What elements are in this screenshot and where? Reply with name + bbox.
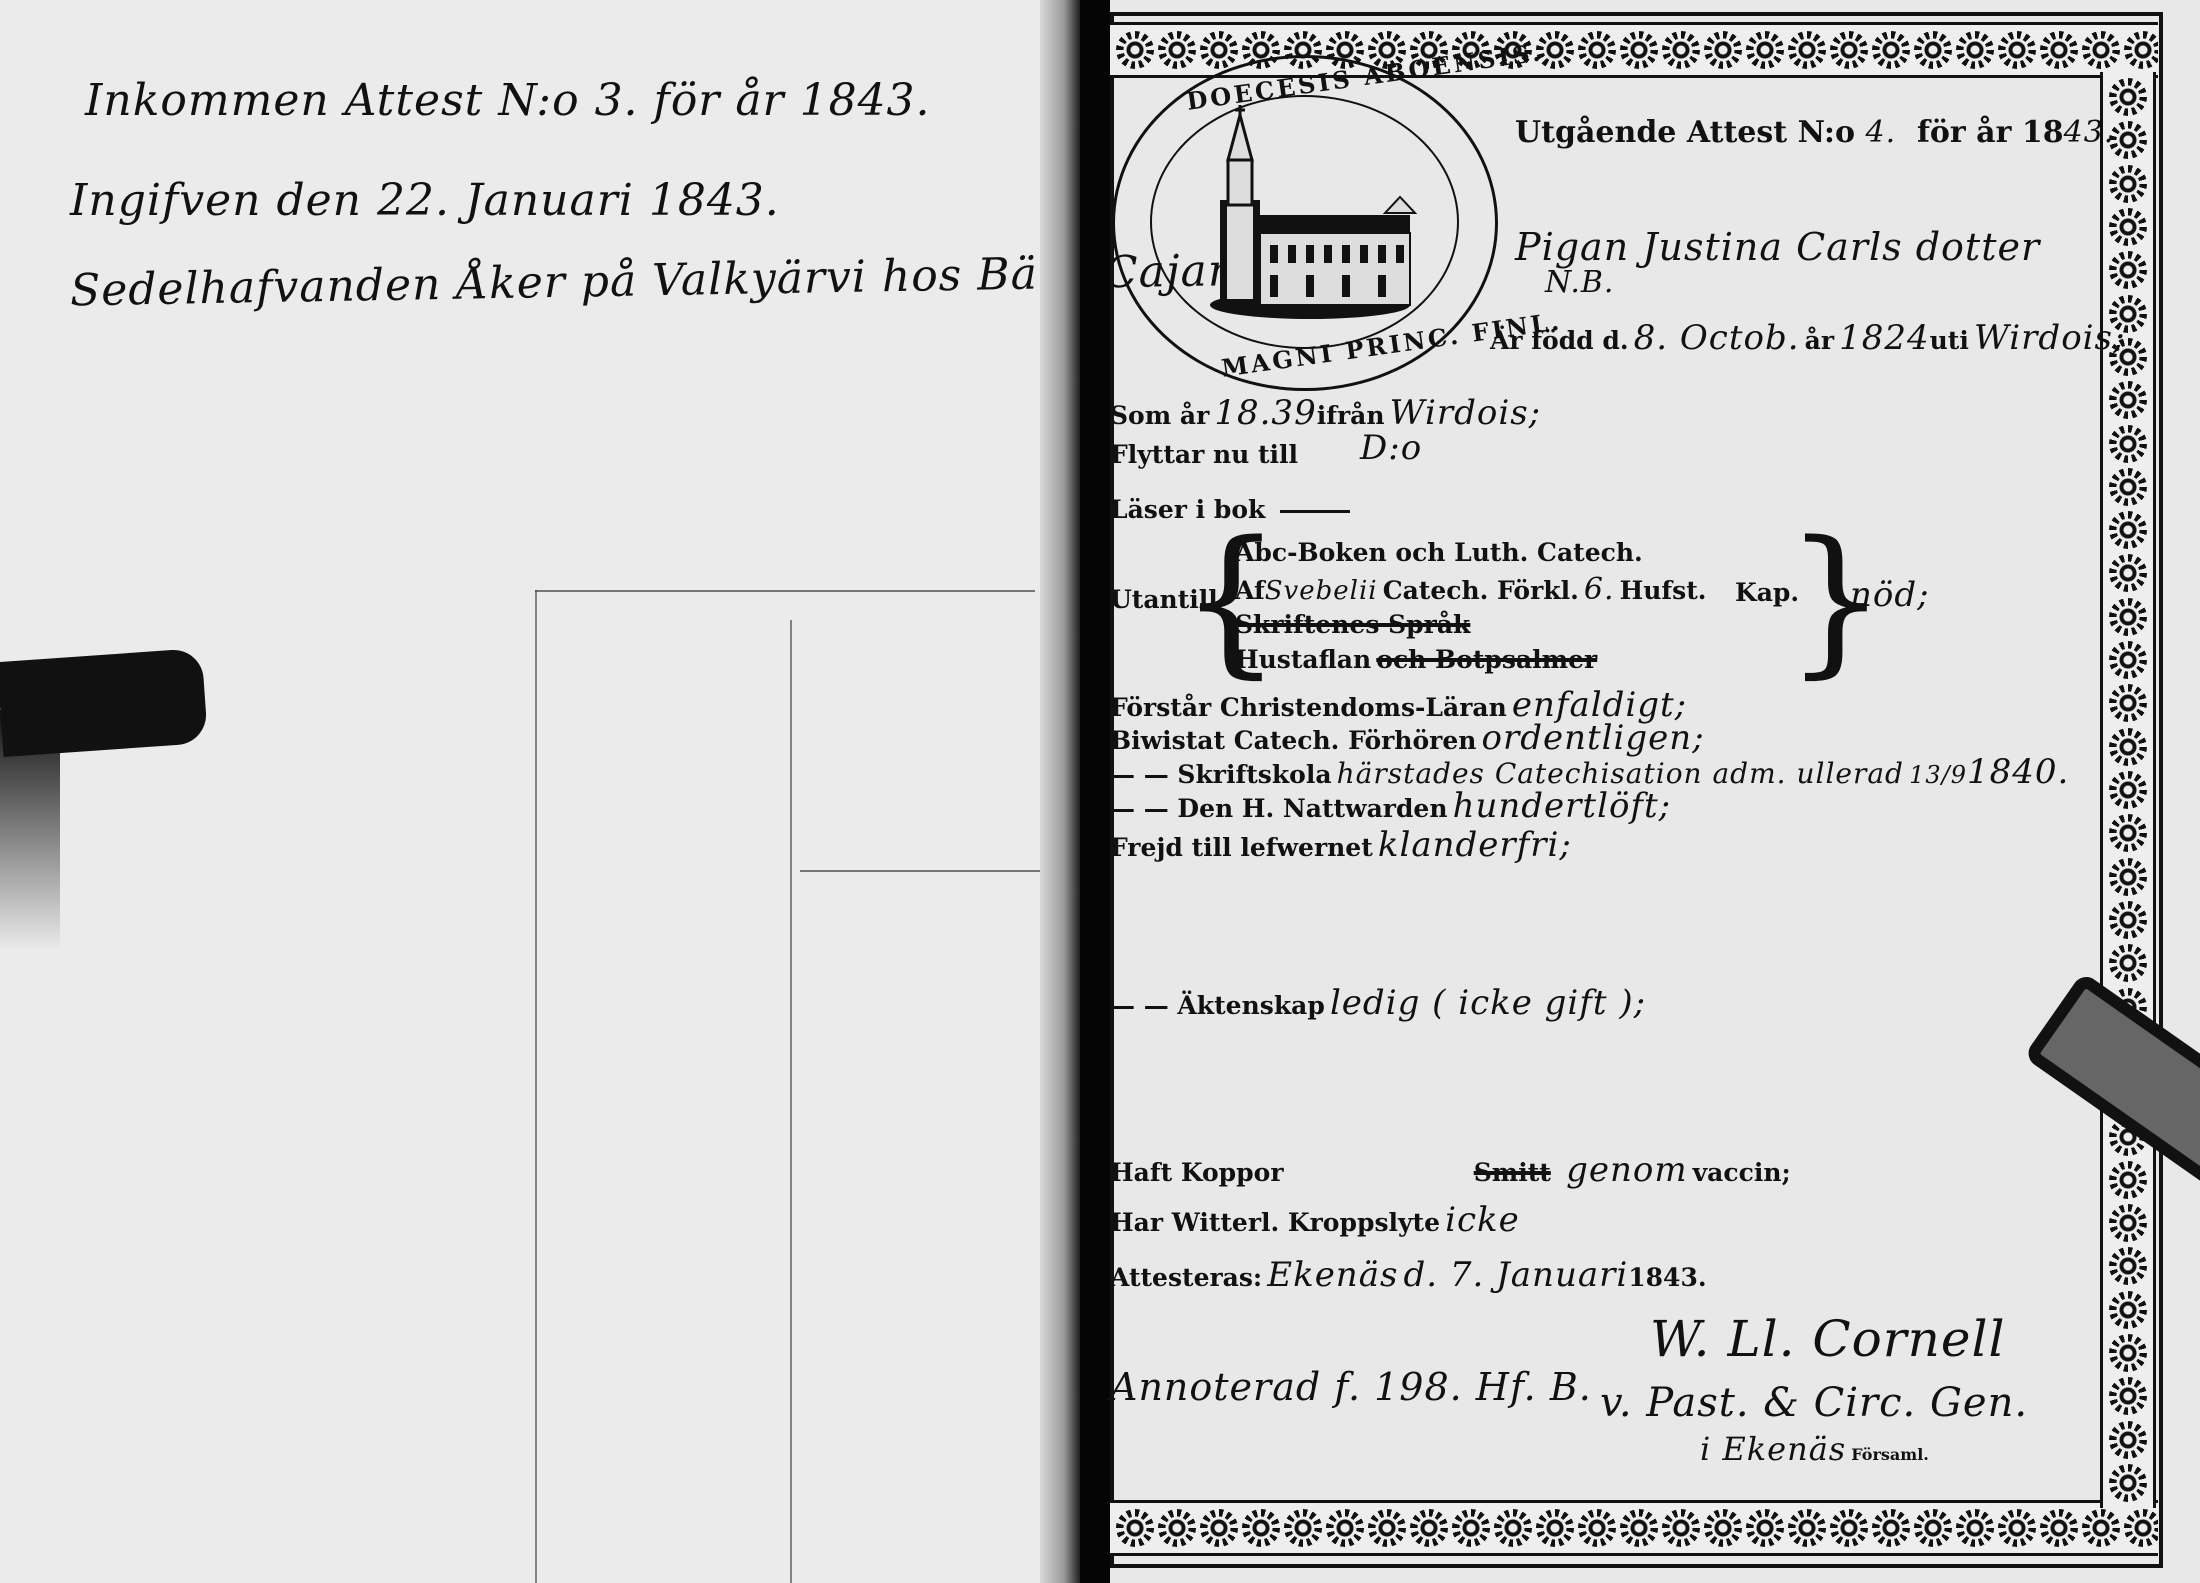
attest-date: d. 7. Januari [1404, 1255, 1629, 1295]
rosette-icon [2109, 641, 2147, 679]
rosette-icon [1998, 31, 2036, 69]
rosette-icon [1746, 31, 1784, 69]
item-prefix: Af [1235, 576, 1265, 605]
field-holy-communion: — — Den H. Nattwarden hundertlöft; [1110, 786, 1671, 826]
rosette-icon [2109, 251, 2147, 289]
born-year-label: år [1805, 326, 1834, 355]
rosette-icon [1158, 1509, 1196, 1547]
rosette-icon [2109, 165, 2147, 203]
rosette-icon [1830, 1509, 1868, 1547]
field-label: Biwistat Catech. Förhören [1110, 726, 1476, 755]
person-name-note: N.B. [1545, 265, 1614, 300]
field-value: klanderfri; [1378, 825, 1572, 865]
person-name: Pigan Justina Carls dotter [1515, 225, 2040, 269]
rosette-icon [1158, 31, 1196, 69]
signature-parish: i Ekenäs Församl. [1700, 1430, 1929, 1468]
utantill-result: nöd; [1850, 575, 1930, 615]
field-label: Som år [1110, 401, 1209, 430]
born-year: 1824 [1839, 318, 1930, 358]
decorative-border-right [2100, 72, 2156, 1508]
rosette-icon [2109, 1161, 2147, 1199]
attest-place: Ekenäs [1267, 1255, 1398, 1295]
rosette-icon [2109, 858, 2147, 896]
rosette-icon [1620, 1509, 1658, 1547]
rosette-icon [2109, 511, 2147, 549]
field-label: Attesteras: [1110, 1263, 1262, 1292]
rosette-icon [1830, 31, 1868, 69]
rosette-icon [2109, 78, 2147, 116]
birth-line: Är född d. 8. Octob. år 1824uti Wirdois; [1490, 318, 2125, 358]
parish-handwritten: i Ekenäs [1700, 1430, 1846, 1468]
field-date-fraction: 13/9 [1909, 761, 1967, 789]
rosette-icon [1452, 1509, 1490, 1547]
rosette-icon [1662, 31, 1700, 69]
item-handwritten: Svebelii [1265, 576, 1378, 606]
annotation-note: Annoterad f. 198. Hf. B. [1110, 1365, 1592, 1409]
fold-line-vertical-2 [790, 620, 792, 1583]
rosette-icon [2040, 31, 2078, 69]
field-printed-value: vaccin; [1693, 1158, 1791, 1187]
church-illustration-icon [1190, 105, 1420, 325]
item-unit: Hufst. [1620, 576, 1707, 605]
field-moves-to-label: Flyttar nu till [1110, 440, 1298, 469]
rosette-icon [1662, 1509, 1700, 1547]
rosette-icon [1494, 1509, 1532, 1547]
item-suffix: Catech. Förkl. [1383, 576, 1579, 605]
certificate-year-suffix: 43. [2064, 115, 2115, 150]
attest-year: 1843. [1628, 1263, 1706, 1292]
rosette-icon [2109, 121, 2147, 159]
reads-blank-line [1280, 510, 1350, 513]
field-attested: Attesteras: Ekenäs d. 7. Januari1843. [1110, 1255, 1707, 1295]
rosette-icon [2109, 684, 2147, 722]
field-marriage: — — Äktenskap ledig ( icke gift ); [1110, 983, 1646, 1023]
rosette-icon [2082, 1509, 2120, 1547]
rosette-icon [2109, 728, 2147, 766]
field-value: 18.39 [1214, 393, 1316, 433]
item-struck: och Botpsalmer [1376, 645, 1597, 674]
left-line-received-certificate: Inkommen Attest N:o 3. för år 1843. [85, 75, 931, 126]
rosette-icon [1578, 1509, 1616, 1547]
field-conduct: Frejd till lefwernet klanderfri; [1110, 825, 1572, 865]
rosette-icon [2124, 31, 2158, 69]
field-value: genom [1566, 1150, 1688, 1190]
binder-clip-shadow [0, 710, 60, 950]
left-line-submitted-date: Ingifven den 22. Januari 1843. [70, 175, 780, 226]
field-label: ifrån [1317, 401, 1385, 430]
fold-line-horizontal-1 [535, 590, 1035, 592]
rosette-icon [1200, 1509, 1238, 1547]
born-place-label: uti [1930, 326, 1969, 355]
rosette-icon [1998, 1509, 2036, 1547]
field-struck: Smitt [1474, 1158, 1551, 1187]
rosette-icon [2109, 814, 2147, 852]
rosette-icon [1914, 1509, 1952, 1547]
rosette-icon [2109, 1421, 2147, 1459]
parish-printed: Församl. [1851, 1445, 1929, 1464]
rosette-icon [1746, 1509, 1784, 1547]
field-smallpox: Haft Koppor Smitt genom vaccin; [1110, 1150, 1791, 1190]
rosette-icon [2109, 425, 2147, 463]
rosette-icon [2109, 1204, 2147, 1242]
item-text: Hustaflan [1235, 645, 1371, 674]
rosette-icon [2109, 1291, 2147, 1329]
rosette-icon [1578, 31, 1616, 69]
left-page: Inkommen Attest N:o 3. för år 1843. Ingi… [0, 0, 1075, 1583]
field-value: Wirdois; [1390, 393, 1542, 433]
rosette-icon [1788, 31, 1826, 69]
rosette-icon [2109, 1247, 2147, 1285]
rosette-icon [1116, 31, 1154, 69]
decorative-border-bottom [1110, 1500, 2158, 1556]
rosette-icon [2109, 944, 2147, 982]
rosette-icon [2109, 554, 2147, 592]
utantill-item-scripture-struck: Skriftenes Språk [1235, 610, 1470, 639]
rosette-icon [2109, 598, 2147, 636]
rosette-icon [2109, 901, 2147, 939]
field-value: hundertlöft; [1453, 786, 1672, 826]
rosette-icon [2040, 1509, 2078, 1547]
field-date-year: 1840. [1967, 752, 2069, 792]
signature-name: W. Ll. Cornell [1650, 1310, 2005, 1368]
item-number: 6. [1584, 572, 1615, 607]
rosette-icon [1242, 1509, 1280, 1547]
rosette-icon [1956, 1509, 1994, 1547]
rosette-icon [1914, 31, 1952, 69]
rosette-icon [1704, 1509, 1742, 1547]
rosette-icon [1368, 1509, 1406, 1547]
field-value: icke [1445, 1200, 1520, 1240]
rosette-icon [2109, 1334, 2147, 1372]
rosette-icon [1536, 1509, 1574, 1547]
rosette-icon [2124, 1509, 2158, 1547]
rosette-icon [1956, 31, 1994, 69]
utantill-item-hustaflan: Hustaflan och Botpsalmer [1235, 645, 1597, 674]
rosette-icon [1704, 31, 1742, 69]
rosette-icon [1284, 1509, 1322, 1547]
field-value: ledig ( icke gift ); [1330, 983, 1646, 1023]
rosette-icon [2109, 1377, 2147, 1415]
certificate-title-prefix: Utgående Attest N:o [1515, 115, 1855, 150]
born-day: 8. Octob. [1634, 318, 1800, 358]
born-place: Wirdois; [1974, 318, 2126, 358]
field-label: — — Äktenskap [1110, 991, 1325, 1020]
rosette-icon [2109, 468, 2147, 506]
rosette-icon [1788, 1509, 1826, 1547]
rosette-icon [1410, 1509, 1448, 1547]
rosette-icon [1116, 1509, 1154, 1547]
field-label: Frejd till lefwernet [1110, 833, 1373, 862]
signature-title: v. Past. & Circ. Gen. [1600, 1380, 2028, 1426]
field-label: Har Witterl. Kroppslyte [1110, 1208, 1440, 1237]
rosette-icon [1620, 31, 1658, 69]
field-label: Haft Koppor [1110, 1158, 1284, 1187]
rosette-icon [2109, 771, 2147, 809]
rosette-icon [1872, 1509, 1910, 1547]
rosette-icon [2109, 1464, 2147, 1502]
fold-line-horizontal-2 [800, 870, 1040, 872]
certificate-year-label: för år 18 [1917, 115, 2064, 150]
field-disability: Har Witterl. Kroppslyte icke [1110, 1200, 1520, 1240]
field-from-year: Som år 18.39ifrån Wirdois; [1110, 393, 1541, 433]
certificate-title: Utgående Attest N:o 4. för år 1843. [1515, 115, 2114, 150]
rosette-icon [2109, 208, 2147, 246]
field-moves-to-value: D:o [1360, 428, 1422, 468]
rosette-icon [1326, 1509, 1364, 1547]
fold-line-vertical-1 [535, 590, 537, 1583]
utantill-item-catechism: AfSvebelii Catech. Förkl. 6. Hufst. [1235, 572, 1707, 607]
field-label: — — Den H. Nattwarden [1110, 794, 1448, 823]
field-label: — — Skriftskola [1110, 760, 1332, 789]
utantill-item-abc: Abc-Boken och Luth. Catech. [1235, 538, 1643, 567]
rosette-icon [2082, 31, 2120, 69]
rosette-icon [2109, 381, 2147, 419]
rosette-icon [1872, 31, 1910, 69]
born-label: Är född d. [1490, 326, 1629, 355]
rosette-icon [1200, 31, 1238, 69]
certificate-number: 4. [1865, 115, 1896, 150]
